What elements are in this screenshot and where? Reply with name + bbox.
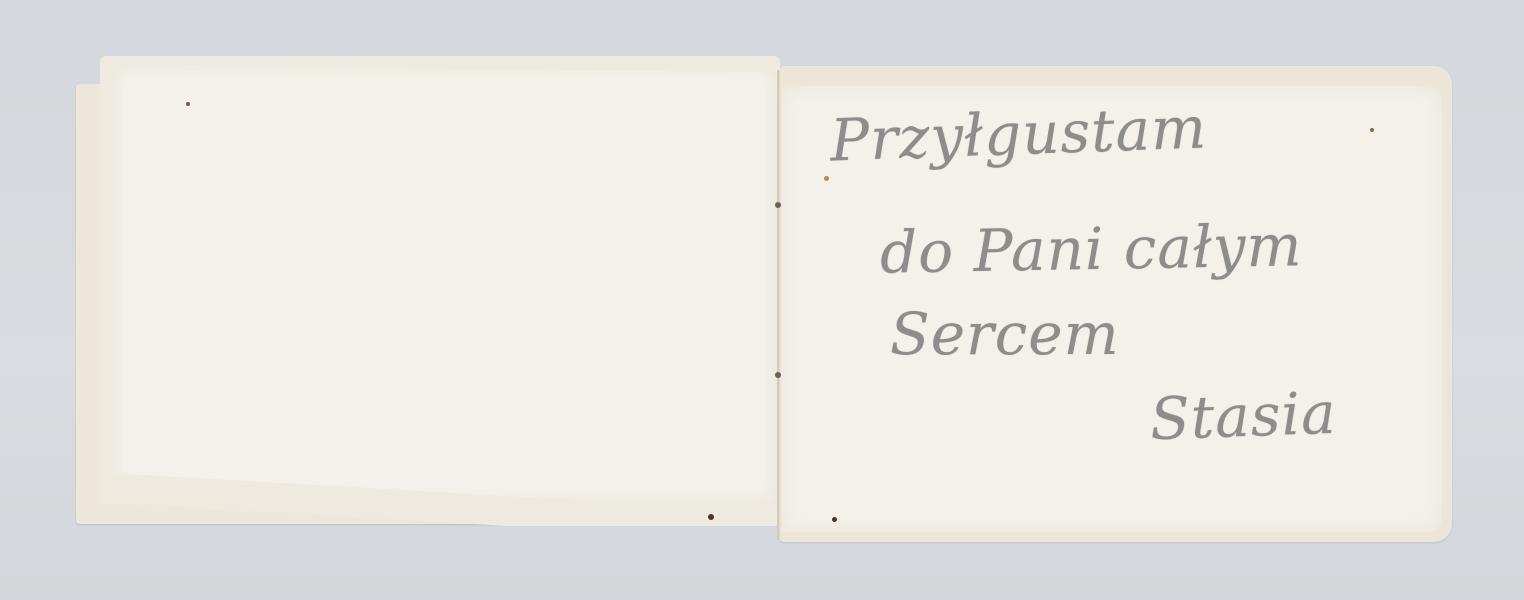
left-page	[112, 64, 776, 504]
handwriting-signature: Stasia	[1149, 379, 1338, 453]
handwriting-line-3: Sercem	[890, 300, 1120, 368]
stitch-hole-top	[775, 202, 781, 208]
foxing-spot	[824, 176, 829, 181]
foxing-spot	[832, 517, 837, 522]
booklet-spine	[777, 70, 780, 540]
foxing-spot	[186, 102, 190, 106]
foxing-spot	[1370, 128, 1374, 132]
foxing-spot	[708, 514, 714, 520]
photo-background: Przyłgustam do Pani całym Sercem Stasia	[0, 0, 1524, 600]
handwriting-line-1: Przyłgustam	[829, 93, 1208, 174]
stitch-hole-bottom	[775, 372, 781, 378]
handwriting-line-2: do Pani całym	[879, 211, 1303, 286]
